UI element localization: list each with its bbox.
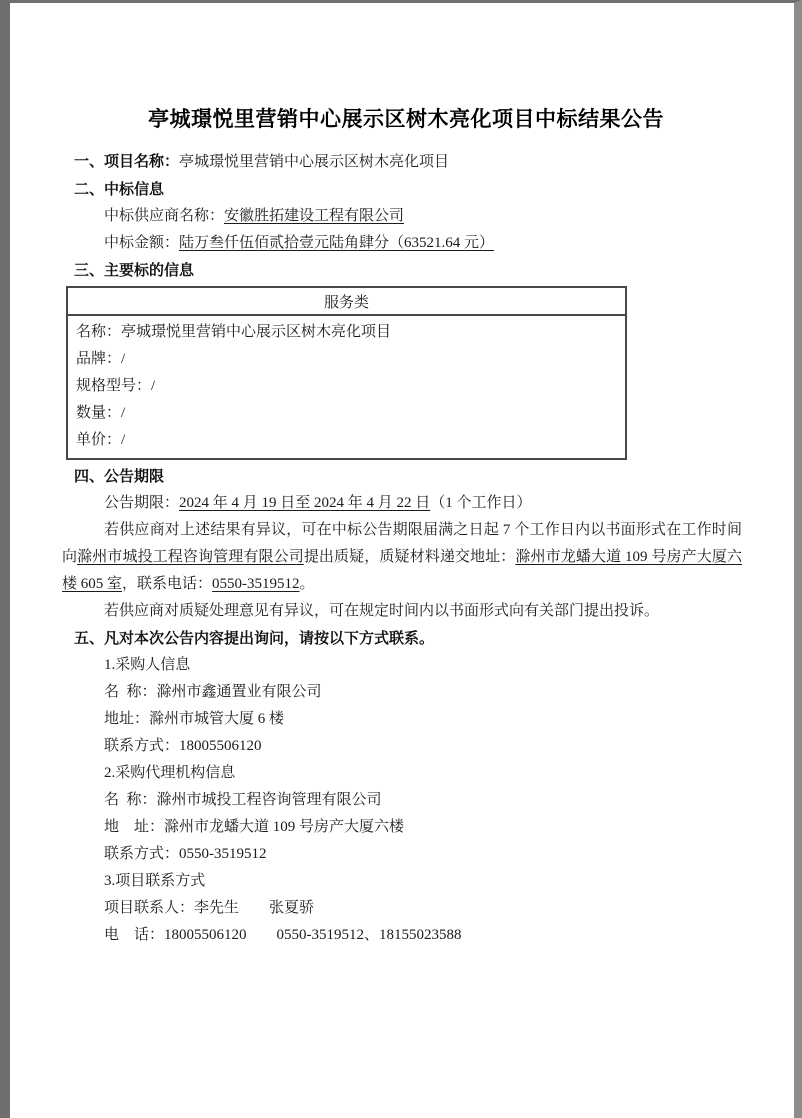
document-content: 亭城璟悦里营销中心展示区树木亮化项目中标结果公告 一、项目名称：亭城璟悦里营销中… [10, 3, 794, 949]
subject-info-table: 服务类 名称：亭城璟悦里营销中心展示区树木亮化项目 品牌：/ 规格型号：/ 数量… [66, 286, 627, 460]
section-2-heading: 二、中标信息 [74, 176, 738, 203]
item-unit-price: 单价：/ [76, 427, 625, 454]
purchaser-name: 名 称：滁州市鑫通置业有限公司 [74, 679, 738, 706]
document-page: 亭城璟悦里营销中心展示区树木亮化项目中标结果公告 一、项目名称：亭城璟悦里营销中… [0, 0, 802, 1118]
project-contact-person: 项目联系人：李先生 张夏骄 [74, 895, 738, 922]
winning-amount-value: 陆万叁仟伍佰贰拾壹元陆角肆分（63521.64 元） [179, 235, 494, 251]
objection-agency-name: 滁州市城投工程咨询管理有限公司 [77, 549, 304, 565]
purchaser-address: 地址：滁州市城管大厦 6 楼 [74, 706, 738, 733]
objection-text-2: 提出质疑，质疑材料递交地址： [304, 549, 516, 565]
objection-phone: 0550-3519512 [212, 576, 300, 592]
announcement-period-dates: 2024 年 4 月 19 日至 2024 年 4 月 22 日 [179, 495, 430, 511]
announcement-period-line: 公告期限：2024 年 4 月 19 日至 2024 年 4 月 22 日（1 … [74, 490, 738, 517]
announcement-period-label: 公告期限： [104, 495, 179, 511]
agency-address: 地 址：滁州市龙蟠大道 109 号房产大厦六楼 [74, 814, 738, 841]
winning-supplier-label: 中标供应商名称： [104, 208, 224, 224]
table-body-cell: 名称：亭城璟悦里营销中心展示区树木亮化项目 品牌：/ 规格型号：/ 数量：/ 单… [67, 315, 626, 459]
objection-text-4: 。 [300, 576, 315, 592]
winning-amount-label: 中标金额： [104, 235, 179, 251]
section-1-line: 一、项目名称：亭城璟悦里营销中心展示区树木亮化项目 [74, 148, 738, 176]
item-brand: 品牌：/ [76, 346, 625, 373]
table-body-row: 名称：亭城璟悦里营销中心展示区树木亮化项目 品牌：/ 规格型号：/ 数量：/ 单… [67, 315, 626, 459]
purchaser-group-title: 1.采购人信息 [74, 652, 738, 679]
item-quantity: 数量：/ [76, 400, 625, 427]
winning-amount-line: 中标金额：陆万叁仟伍佰贰拾壹元陆角肆分（63521.64 元） [74, 230, 738, 257]
agency-group-title: 2.采购代理机构信息 [74, 760, 738, 787]
page-title: 亭城璟悦里营销中心展示区树木亮化项目中标结果公告 [74, 103, 738, 137]
item-spec: 规格型号：/ [76, 373, 625, 400]
announcement-period-suffix: （1 个工作日） [430, 495, 531, 511]
section-1-label: 一、项目名称： [74, 153, 179, 170]
section-4-heading: 四、公告期限 [74, 463, 738, 490]
section-5-heading: 五、凡对本次公告内容提出询问，请按以下方式联系。 [74, 625, 738, 652]
table-header-cell: 服务类 [67, 287, 626, 315]
winning-supplier-value: 安徽胜拓建设工程有限公司 [224, 208, 404, 224]
section-1-value: 亭城璟悦里营销中心展示区树木亮化项目 [179, 154, 449, 170]
objection-text-3: ，联系电话： [122, 576, 212, 592]
winning-supplier-line: 中标供应商名称：安徽胜拓建设工程有限公司 [74, 203, 738, 230]
project-phone: 电 话：18005506120 0550-3519512、18155023588 [74, 922, 738, 949]
item-name: 名称：亭城璟悦里营销中心展示区树木亮化项目 [76, 319, 625, 346]
agency-contact: 联系方式：0550-3519512 [74, 841, 738, 868]
complaint-paragraph: 若供应商对质疑处理意见有异议，可在规定时间内以书面形式向有关部门提出投诉。 [62, 598, 742, 625]
purchaser-contact: 联系方式：18005506120 [74, 733, 738, 760]
section-3-heading: 三、主要标的信息 [74, 257, 738, 284]
table-header-row: 服务类 [67, 287, 626, 315]
objection-paragraph: 若供应商对上述结果有异议，可在中标公告期限届满之日起 7 个工作日内以书面形式在… [62, 517, 742, 598]
project-group-title: 3.项目联系方式 [74, 868, 738, 895]
agency-name: 名 称：滁州市城投工程咨询管理有限公司 [74, 787, 738, 814]
